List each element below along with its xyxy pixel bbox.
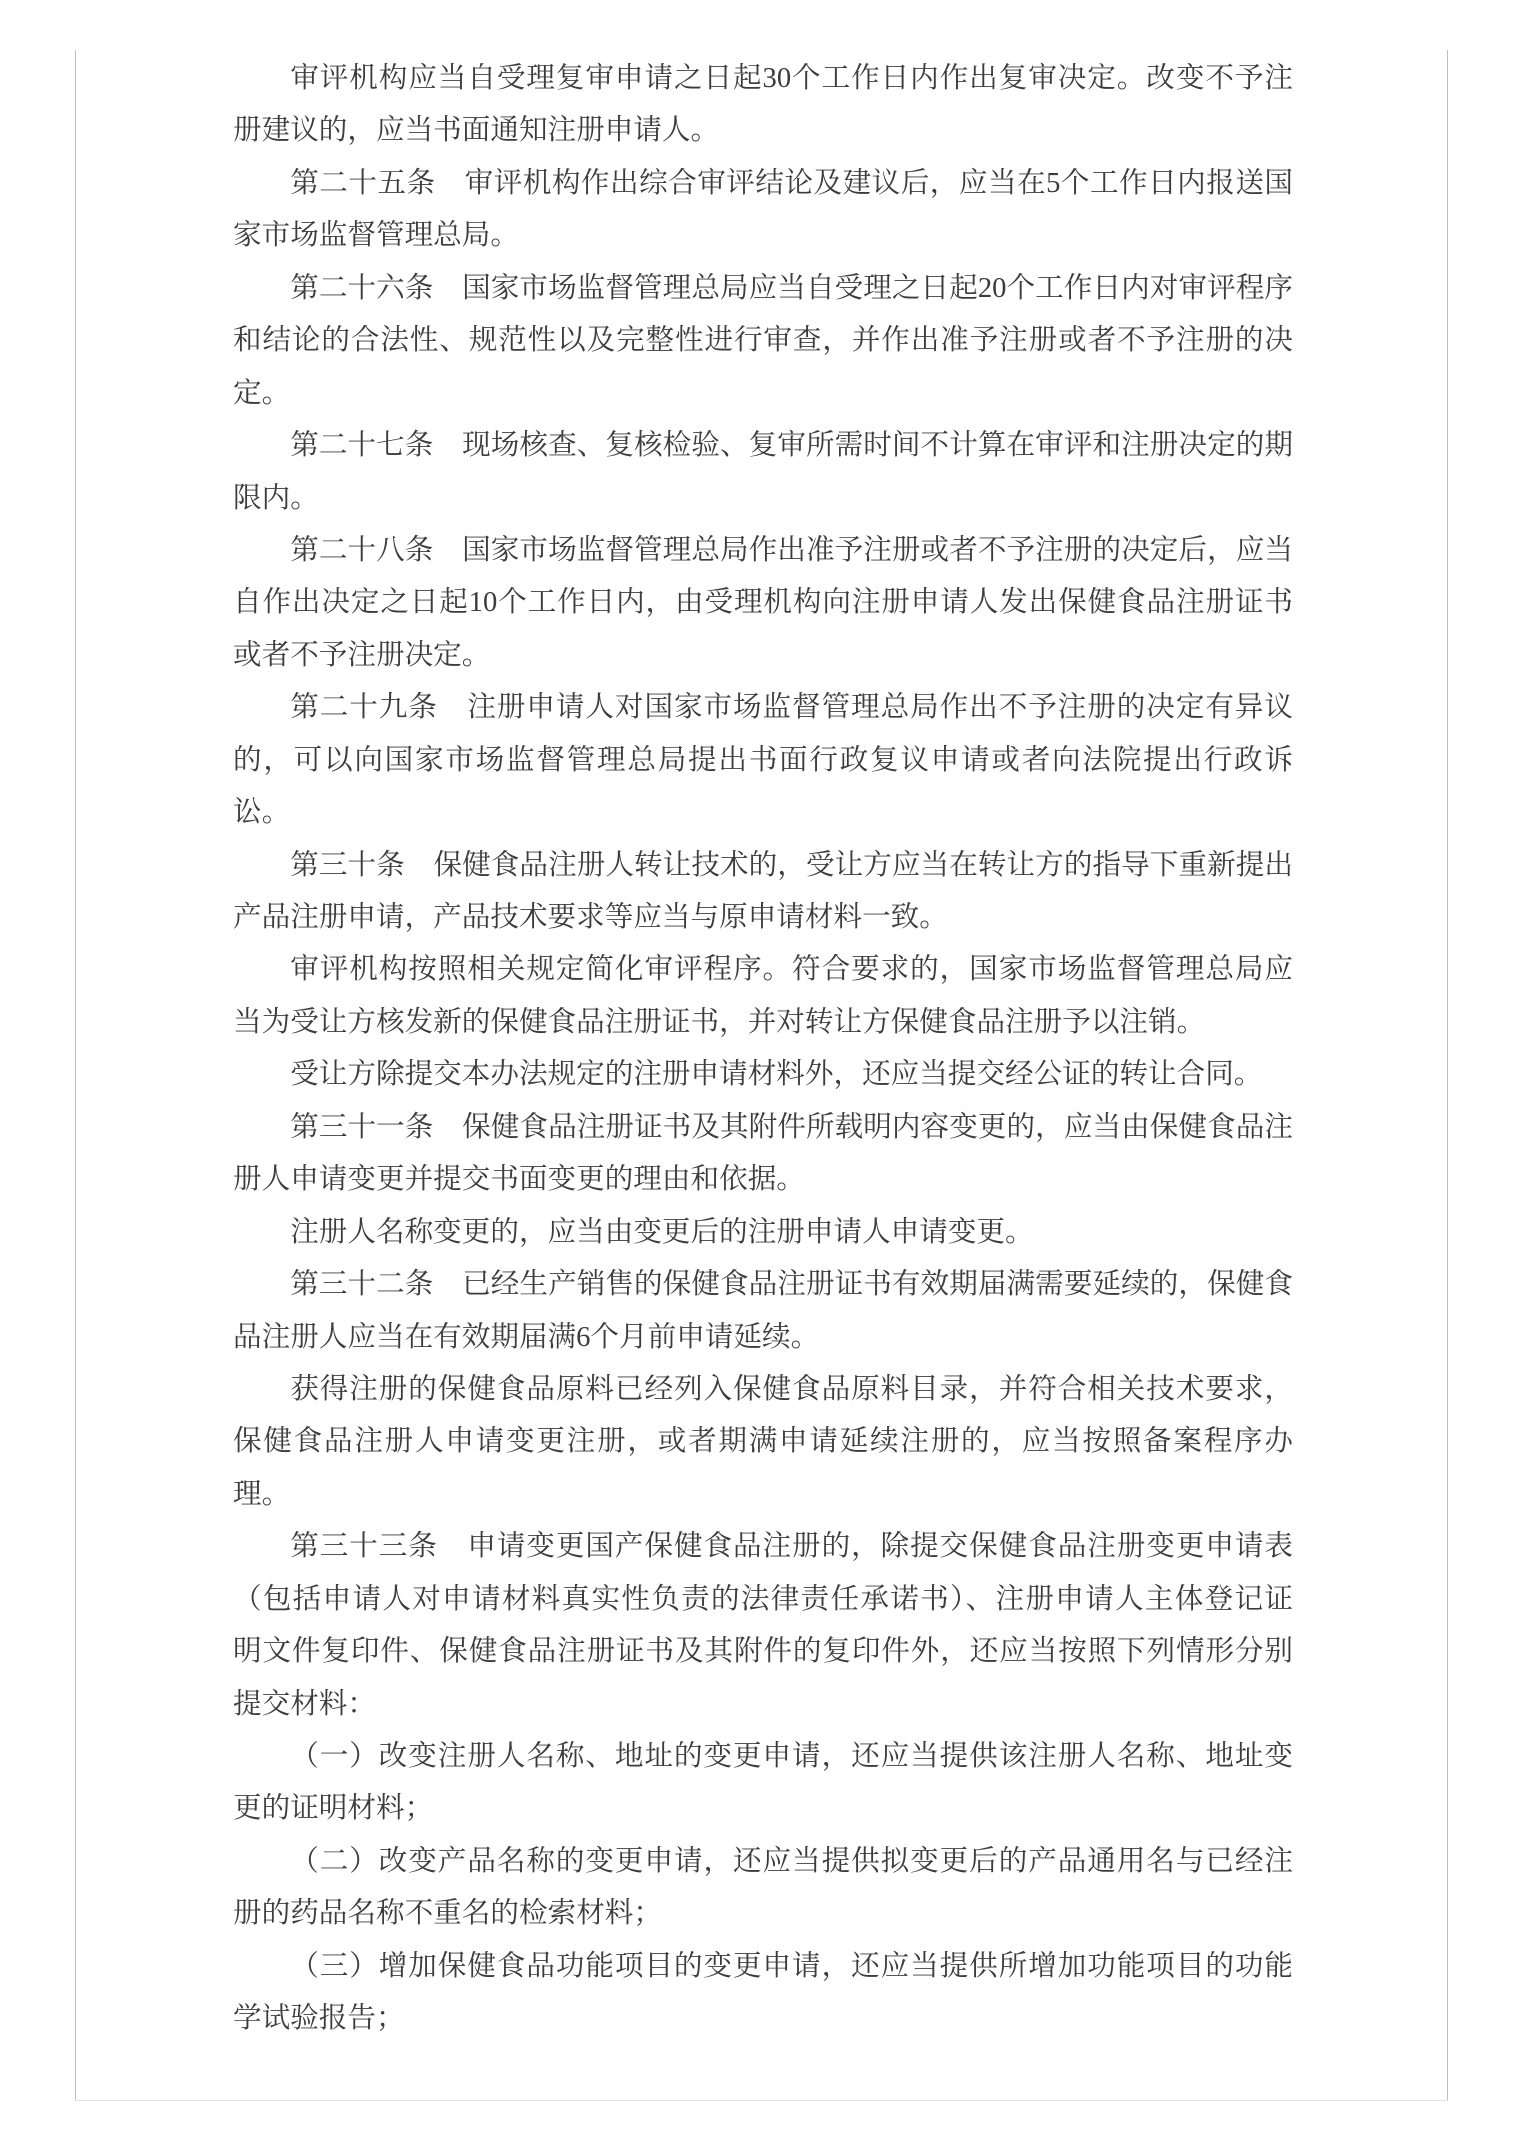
text-line: 第二十五条 审评机构作出综合审评结论及建议后，应当在5个工作日内报送国 <box>233 158 1293 210</box>
paragraph: 第二十八条 国家市场监督管理总局作出准予注册或者不予注册的决定后，应当自作出决定… <box>233 525 1293 682</box>
page-right-edge <box>1447 50 1448 2100</box>
text-line: 或者不予注册决定。 <box>233 630 1293 682</box>
paragraph: 第三十二条 已经生产销售的保健食品注册证书有效期届满需要延续的，保健食品注册人应… <box>233 1259 1293 1364</box>
paragraph: 第三十条 保健食品注册人转让技术的，受让方应当在转让方的指导下重新提出产品注册申… <box>233 840 1293 945</box>
text-line: 第三十一条 保健食品注册证书及其附件所载明内容变更的，应当由保健食品注 <box>233 1102 1293 1154</box>
text-line: 保健食品注册人申请变更注册，或者期满申请延续注册的，应当按照备案程序办 <box>233 1416 1293 1468</box>
text-line: 当为受让方核发新的保健食品注册证书，并对转让方保健食品注册予以注销。 <box>233 997 1293 1049</box>
text-line: 受让方除提交本办法规定的注册申请材料外，还应当提交经公证的转让合同。 <box>233 1049 1293 1101</box>
text-line: 审评机构应当自受理复审申请之日起30个工作日内作出复审决定。改变不予注 <box>233 53 1293 105</box>
text-line: 定。 <box>233 368 1293 420</box>
text-line: 的，可以向国家市场监督管理总局提出书面行政复议申请或者向法院提出行政诉 <box>233 735 1293 787</box>
paragraph: 第二十七条 现场核查、复核检验、复审所需时间不计算在审评和注册决定的期限内。 <box>233 420 1293 525</box>
text-line: 讼。 <box>233 787 1293 839</box>
text-line: 第三十条 保健食品注册人转让技术的，受让方应当在转让方的指导下重新提出 <box>233 840 1293 892</box>
text-line: （包括申请人对申请材料真实性负责的法律责任承诺书）、注册申请人主体登记证 <box>233 1574 1293 1626</box>
text-line: 明文件复印件、保健食品注册证书及其附件的复印件外，还应当按照下列情形分别 <box>233 1626 1293 1678</box>
paragraph: 第三十一条 保健食品注册证书及其附件所载明内容变更的，应当由保健食品注册人申请变… <box>233 1102 1293 1207</box>
paragraph: 受让方除提交本办法规定的注册申请材料外，还应当提交经公证的转让合同。 <box>233 1049 1293 1101</box>
paragraph: 第二十九条 注册申请人对国家市场监督管理总局作出不予注册的决定有异议的，可以向国… <box>233 682 1293 839</box>
text-line: 第二十七条 现场核查、复核检验、复审所需时间不计算在审评和注册决定的期 <box>233 420 1293 472</box>
text-line: 注册人名称变更的，应当由变更后的注册申请人申请变更。 <box>233 1207 1293 1259</box>
text-line: （三）增加保健食品功能项目的变更申请，还应当提供所增加功能项目的功能 <box>233 1941 1293 1993</box>
text-line: 审评机构按照相关规定简化审评程序。符合要求的，国家市场监督管理总局应 <box>233 944 1293 996</box>
text-line: 第二十八条 国家市场监督管理总局作出准予注册或者不予注册的决定后，应当 <box>233 525 1293 577</box>
text-line: 产品注册申请，产品技术要求等应当与原申请材料一致。 <box>233 892 1293 944</box>
page-bottom-edge <box>75 2100 1448 2101</box>
paragraph: （二）改变产品名称的变更申请，还应当提供拟变更后的产品通用名与已经注册的药品名称… <box>233 1836 1293 1941</box>
text-line: 家市场监督管理总局。 <box>233 210 1293 262</box>
paragraph: 审评机构应当自受理复审申请之日起30个工作日内作出复审决定。改变不予注册建议的，… <box>233 53 1293 158</box>
page-left-edge <box>75 50 76 2100</box>
text-line: 提交材料： <box>233 1679 1293 1731</box>
text-line: 第三十二条 已经生产销售的保健食品注册证书有效期届满需要延续的，保健食 <box>233 1259 1293 1311</box>
text-line: 第三十三条 申请变更国产保健食品注册的，除提交保健食品注册变更申请表 <box>233 1521 1293 1573</box>
paragraph: 获得注册的保健食品原料已经列入保健食品原料目录，并符合相关技术要求，保健食品注册… <box>233 1364 1293 1521</box>
text-line: 限内。 <box>233 473 1293 525</box>
text-line: 自作出决定之日起10个工作日内，由受理机构向注册申请人发出保健食品注册证书 <box>233 577 1293 629</box>
text-line: 获得注册的保健食品原料已经列入保健食品原料目录，并符合相关技术要求， <box>233 1364 1293 1416</box>
text-line: 册人申请变更并提交书面变更的理由和依据。 <box>233 1154 1293 1206</box>
text-line: 更的证明材料； <box>233 1783 1293 1835</box>
paragraph: （三）增加保健食品功能项目的变更申请，还应当提供所增加功能项目的功能学试验报告； <box>233 1941 1293 2046</box>
text-line: （二）改变产品名称的变更申请，还应当提供拟变更后的产品通用名与已经注 <box>233 1836 1293 1888</box>
text-line: 和结论的合法性、规范性以及完整性进行审查，并作出准予注册或者不予注册的决 <box>233 315 1293 367</box>
paragraph: 注册人名称变更的，应当由变更后的注册申请人申请变更。 <box>233 1207 1293 1259</box>
text-line: 册建议的，应当书面通知注册申请人。 <box>233 105 1293 157</box>
paragraph: 第二十五条 审评机构作出综合审评结论及建议后，应当在5个工作日内报送国家市场监督… <box>233 158 1293 263</box>
text-line: 册的药品名称不重名的检索材料； <box>233 1888 1293 1940</box>
paragraph: （一）改变注册人名称、地址的变更申请，还应当提供该注册人名称、地址变更的证明材料… <box>233 1731 1293 1836</box>
paragraph: 审评机构按照相关规定简化审评程序。符合要求的，国家市场监督管理总局应当为受让方核… <box>233 944 1293 1049</box>
text-line: （一）改变注册人名称、地址的变更申请，还应当提供该注册人名称、地址变 <box>233 1731 1293 1783</box>
text-line: 品注册人应当在有效期届满6个月前申请延续。 <box>233 1312 1293 1364</box>
text-line: 第二十九条 注册申请人对国家市场监督管理总局作出不予注册的决定有异议 <box>233 682 1293 734</box>
paragraph: 第三十三条 申请变更国产保健食品注册的，除提交保健食品注册变更申请表（包括申请人… <box>233 1521 1293 1731</box>
text-line: 第二十六条 国家市场监督管理总局应当自受理之日起20个工作日内对审评程序 <box>233 263 1293 315</box>
paragraph: 第二十六条 国家市场监督管理总局应当自受理之日起20个工作日内对审评程序和结论的… <box>233 263 1293 420</box>
text-line: 理。 <box>233 1469 1293 1521</box>
text-line: 学试验报告； <box>233 1993 1293 2045</box>
document-text: 审评机构应当自受理复审申请之日起30个工作日内作出复审决定。改变不予注册建议的，… <box>233 53 1293 2046</box>
